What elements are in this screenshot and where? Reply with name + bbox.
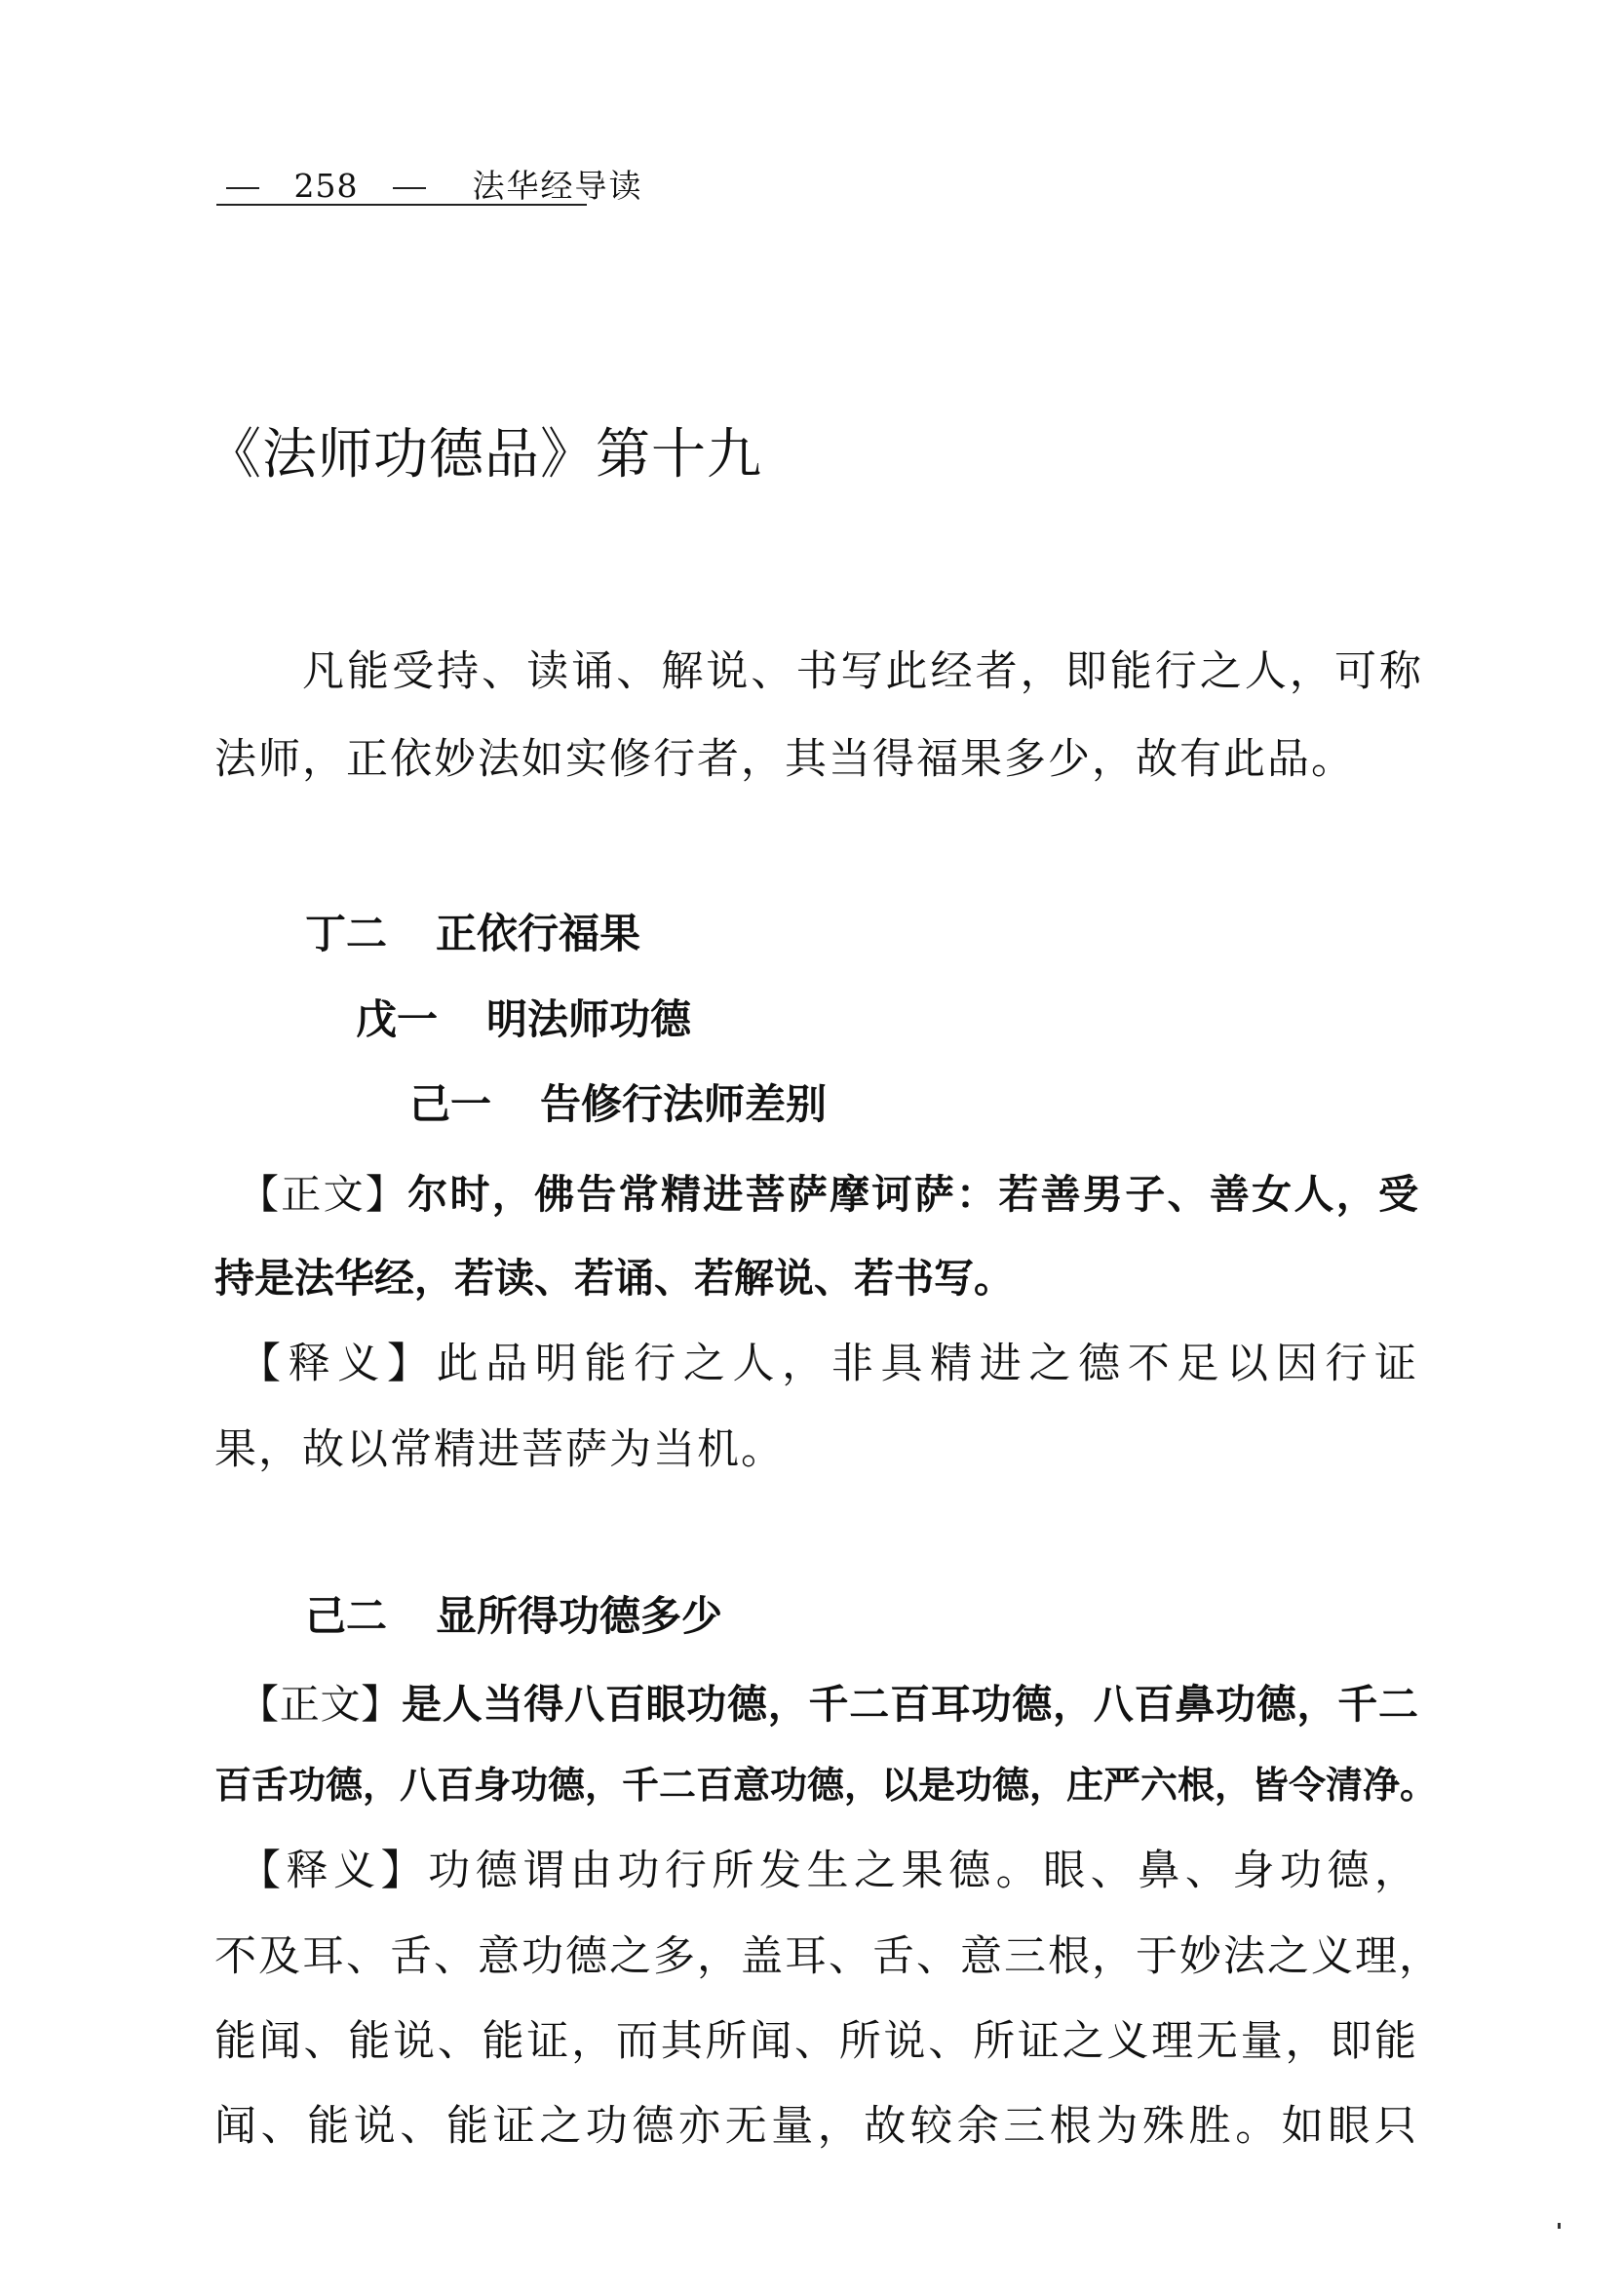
- commentary-tag: 【释义】: [239, 1340, 437, 1388]
- heading-label: 己二: [305, 1592, 387, 1640]
- scripture-1-line-2: 持是法华经，若读、若诵、若解说、若书写。: [214, 1246, 1014, 1304]
- scripture-text: 尔时，佛告常精进菩萨摩诃萨：若善男子、善女人，受: [407, 1171, 1418, 1218]
- scripture-1-line-1: 【正文】尔时，佛告常精进菩萨摩诃萨：若善男子、善女人，受: [239, 1162, 1418, 1220]
- chapter-title: 《法师功德品》第十九: [207, 411, 762, 489]
- commentary-text: 此品明能行之人，非具精进之德不足以因行证: [437, 1340, 1418, 1388]
- commentary-2-line-1: 【释义】功德谓由功行所发生之果德。眼、鼻、身功德，: [239, 1838, 1418, 1897]
- scripture-tag: 【正文】: [239, 1681, 402, 1728]
- heading-ji-er: 己二显所得功德多少: [305, 1584, 722, 1643]
- commentary-2-line-4: 闻、能说、能证之功德亦无量，故较余三根为殊胜。如眼只: [214, 2093, 1418, 2153]
- heading-label: 戊一: [356, 995, 438, 1043]
- scripture-2-line-1: 【正文】是人当得八百眼功德，千二百耳功德，八百鼻功德，千二: [239, 1672, 1418, 1730]
- heading-text: 告修行法师差别: [540, 1080, 827, 1128]
- heading-label: 己一: [409, 1080, 491, 1128]
- heading-label: 丁二: [305, 910, 387, 957]
- commentary-text: 功德谓由功行所发生之果德。眼、鼻、身功德，: [428, 1847, 1418, 1895]
- book-title: 法华经导读: [473, 167, 643, 205]
- commentary-2-line-2: 不及耳、舌、意功德之多，盖耳、舌、意三根，于妙法之义理，: [214, 1924, 1418, 1983]
- header-rule: [216, 204, 587, 206]
- intro-line-2: 法师，正依妙法如实修行者，其当得福果多少，故有此品。: [214, 726, 1355, 786]
- scripture-2-line-2: 百舌功德，八百身功德，千二百意功德，以是功德，庄严六根，皆令清净。: [214, 1755, 1418, 1809]
- running-header: 258 法华经导读: [216, 161, 643, 207]
- commentary-1-line-2: 果，故以常精进菩萨为当机。: [214, 1417, 785, 1476]
- scripture-text: 是人当得八百眼功德，千二百耳功德，八百鼻功德，千二: [402, 1681, 1418, 1728]
- page-number: 258: [294, 167, 359, 205]
- scripture-tag: 【正文】: [239, 1171, 407, 1218]
- intro-line-1: 凡能受持、读诵、解说、书写此经者，即能行之人，可称: [302, 639, 1423, 698]
- heading-ji-yi: 己一告修行法师差别: [409, 1072, 827, 1131]
- heading-text: 显所得功德多少: [436, 1592, 722, 1640]
- scan-artifact: [1558, 2223, 1561, 2229]
- heading-ding-er: 丁二正依行福果: [305, 902, 640, 960]
- heading-text: 正依行福果: [436, 910, 640, 957]
- commentary-2-line-3: 能闻、能说、能证，而其所闻、所说、所证之义理无量，即能: [214, 2008, 1418, 2068]
- heading-text: 明法师功德: [486, 995, 691, 1043]
- header-dash-right: [393, 187, 426, 189]
- heading-wu-yi: 戊一明法师功德: [356, 988, 691, 1046]
- commentary-1-line-1: 【释义】此品明能行之人，非具精进之德不足以因行证: [239, 1331, 1418, 1390]
- header-dash-left: [226, 187, 259, 189]
- commentary-tag: 【释义】: [239, 1847, 428, 1895]
